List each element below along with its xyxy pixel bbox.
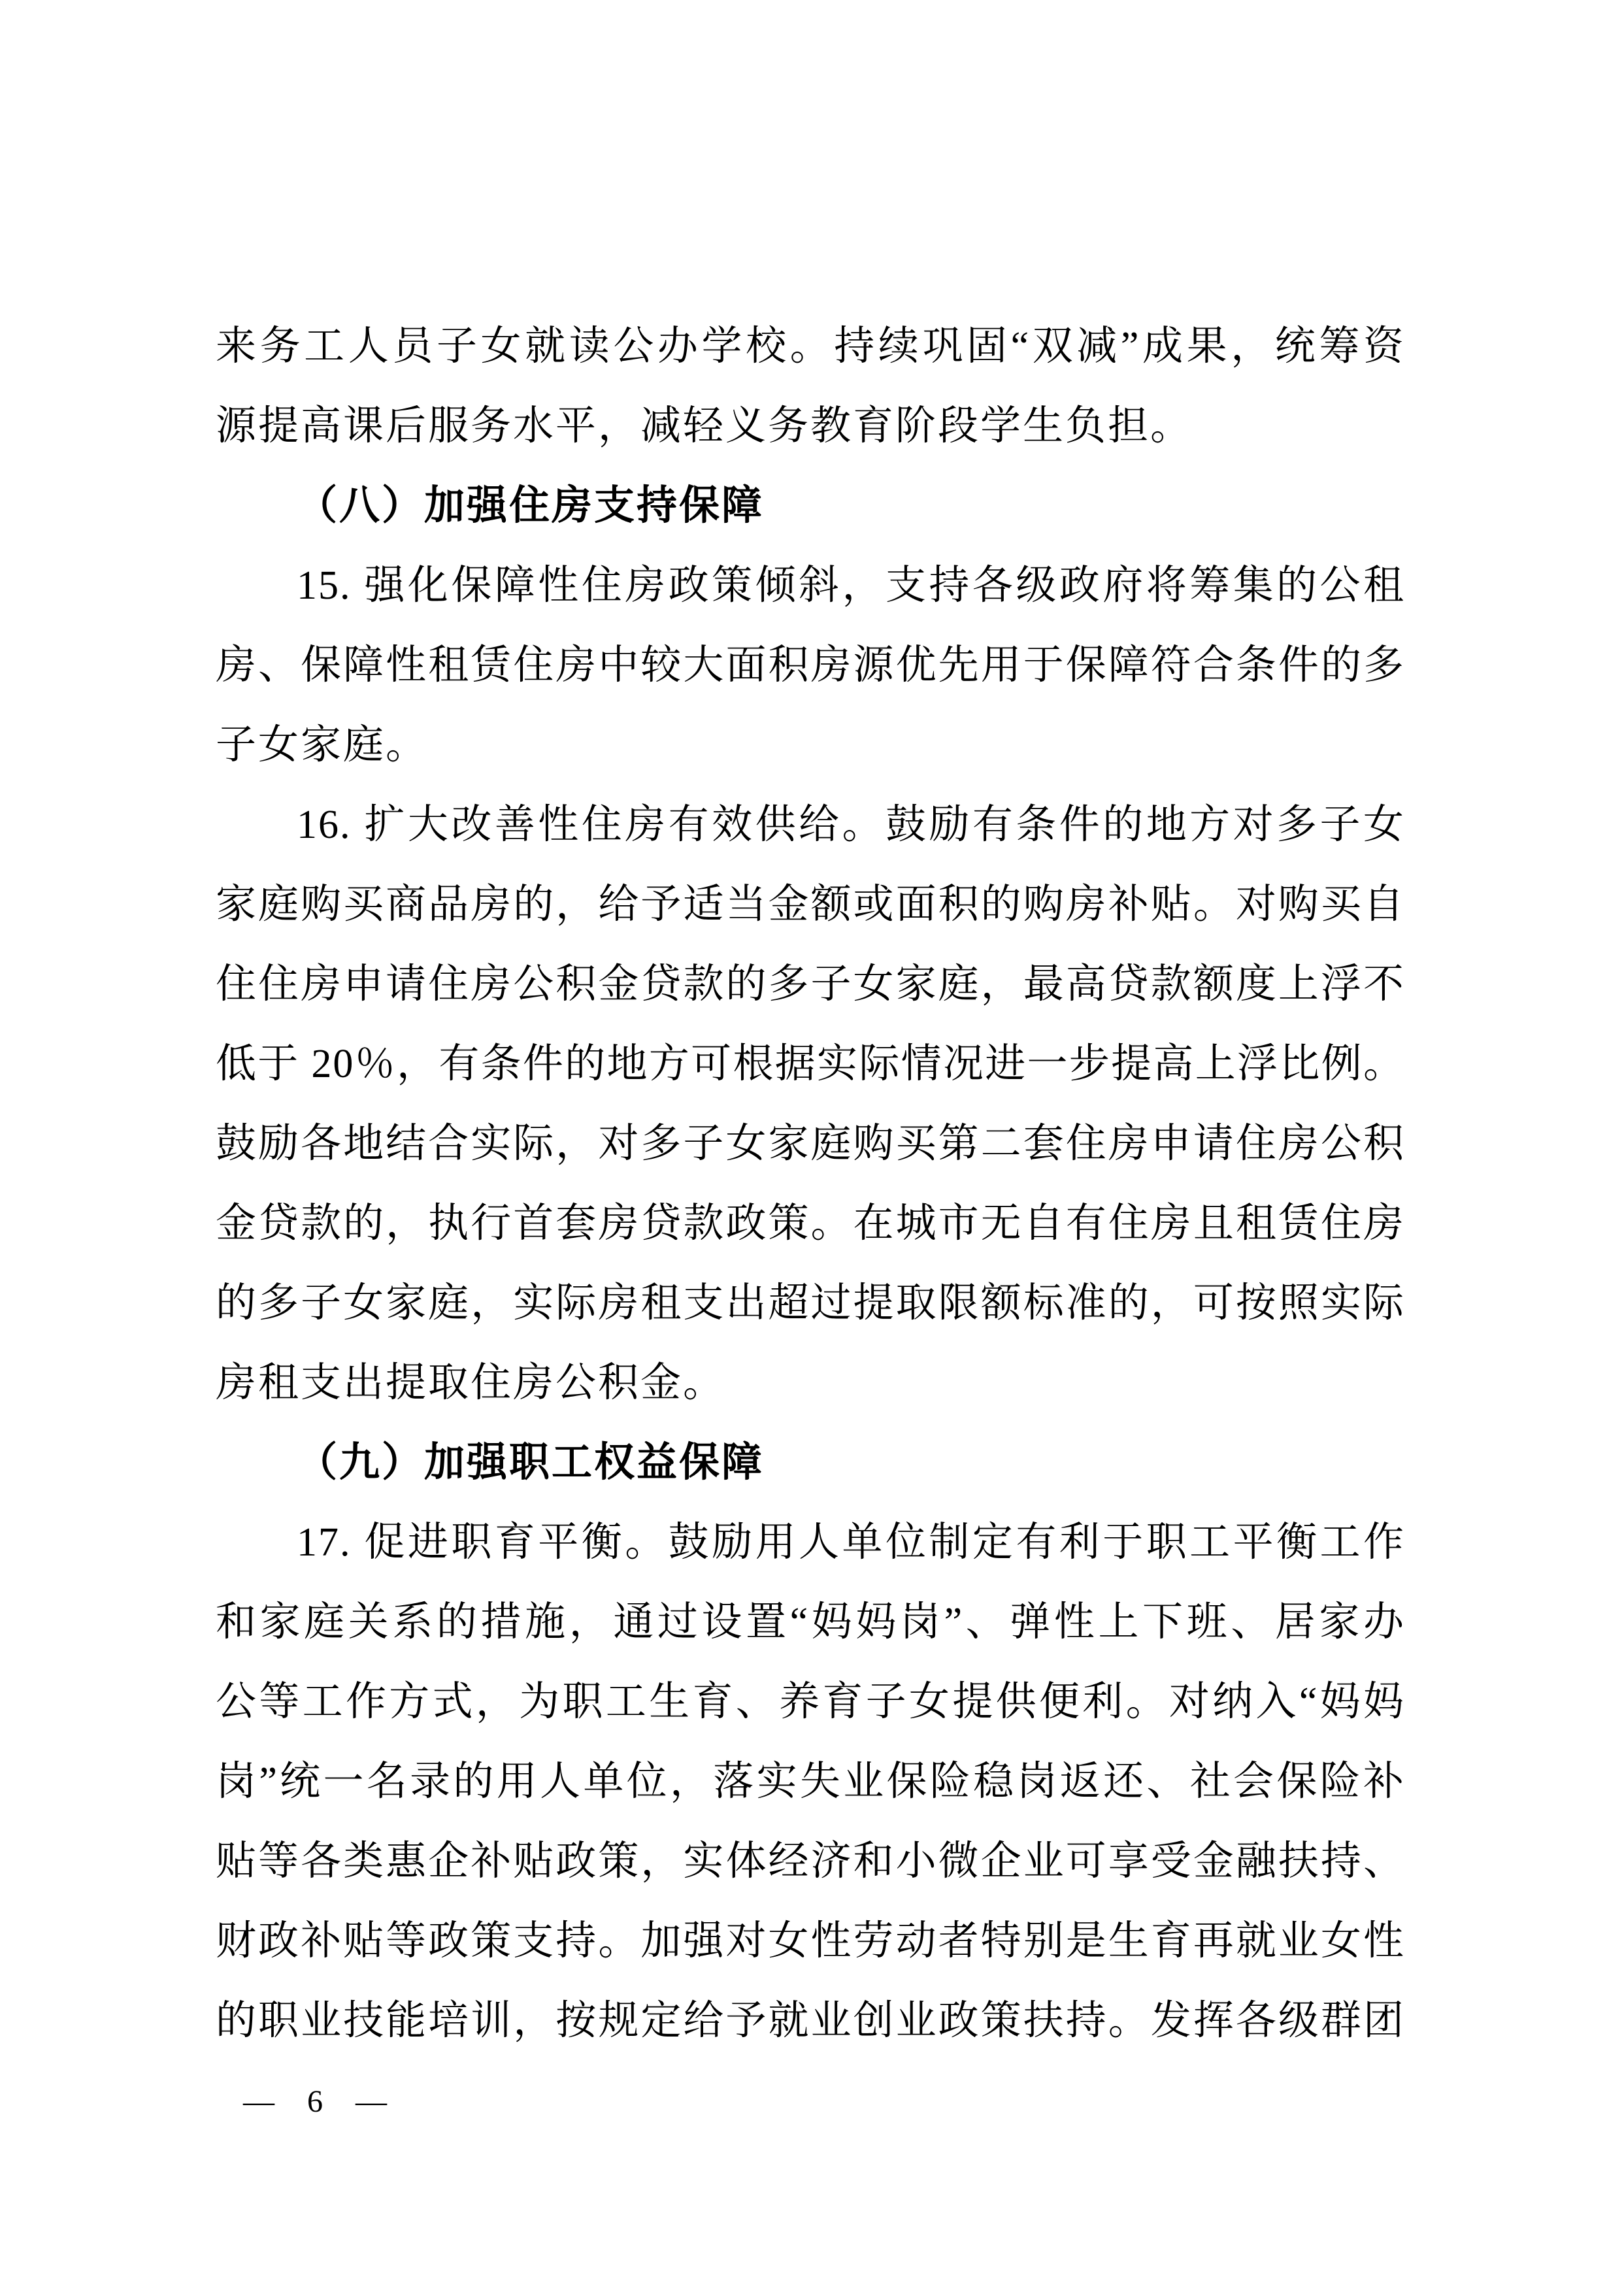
section-heading: （九）加强职工权益保障 bbox=[216, 1423, 1405, 1503]
text-line: 源提高课后服务水平，减轻义务教育阶段学生负担。 bbox=[216, 386, 1405, 466]
page-number: — 6 — bbox=[243, 2082, 395, 2121]
text-line: 15. 强化保障性住房政策倾斜，支持各级政府将筹集的公租 bbox=[216, 546, 1405, 625]
text-line: 房租支出提取住房公积金。 bbox=[216, 1343, 1405, 1423]
text-line: 公等工作方式，为职工生育、养育子女提供便利。对纳入“妈妈 bbox=[216, 1662, 1405, 1742]
text-line: 的多子女家庭，实际房租支出超过提取限额标准的，可按照实际 bbox=[216, 1263, 1405, 1343]
text-line: 岗”统一名录的用人单位，落实失业保险稳岗返还、社会保险补 bbox=[216, 1742, 1405, 1822]
text-line: 低于 20％，有条件的地方可根据实际情况进一步提高上浮比例。 bbox=[216, 1024, 1405, 1104]
document-page: 来务工人员子女就读公办学校。持续巩固“双减”成果，统筹资 源提高课后服务水平，减… bbox=[0, 0, 1624, 2296]
text-line: 住住房申请住房公积金贷款的多子女家庭，最高贷款额度上浮不 bbox=[216, 944, 1405, 1024]
text-line: 来务工人员子女就读公办学校。持续巩固“双减”成果，统筹资 bbox=[216, 307, 1405, 386]
text-line: 贴等各类惠企补贴政策，实体经济和小微企业可享受金融扶持、 bbox=[216, 1822, 1405, 1901]
text-line: 的职业技能培训，按规定给予就业创业政策扶持。发挥各级群团 bbox=[216, 1981, 1405, 2061]
text-line: 17. 促进职育平衡。鼓励用人单位制定有利于职工平衡工作 bbox=[216, 1503, 1405, 1582]
document-text-block: 来务工人员子女就读公办学校。持续巩固“双减”成果，统筹资 源提高课后服务水平，减… bbox=[216, 307, 1405, 2061]
text-line: 家庭购买商品房的，给予适当金额或面积的购房补贴。对购买自 bbox=[216, 865, 1405, 944]
section-heading: （八）加强住房支持保障 bbox=[216, 466, 1405, 546]
text-line: 16. 扩大改善性住房有效供给。鼓励有条件的地方对多子女 bbox=[216, 785, 1405, 865]
text-line: 财政补贴等政策支持。加强对女性劳动者特别是生育再就业女性 bbox=[216, 1901, 1405, 1981]
text-line: 和家庭关系的措施，通过设置“妈妈岗”、弹性上下班、居家办 bbox=[216, 1582, 1405, 1662]
text-line: 鼓励各地结合实际，对多子女家庭购买第二套住房申请住房公积 bbox=[216, 1104, 1405, 1184]
text-line: 金贷款的，执行首套房贷款政策。在城市无自有住房且租赁住房 bbox=[216, 1184, 1405, 1263]
text-line: 房、保障性租赁住房中较大面积房源优先用于保障符合条件的多 bbox=[216, 625, 1405, 705]
text-line: 子女家庭。 bbox=[216, 705, 1405, 785]
